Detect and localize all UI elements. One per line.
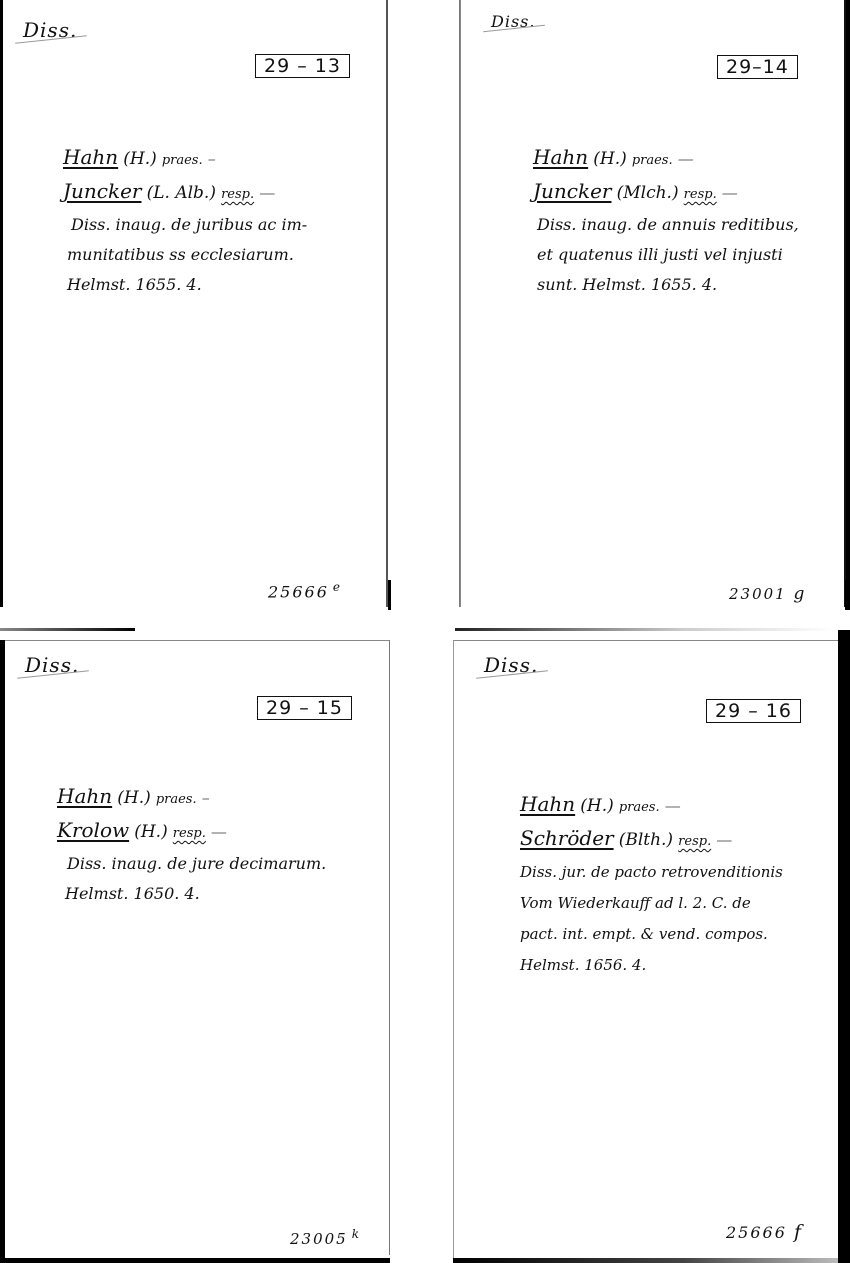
accession-suffix: f xyxy=(794,1221,803,1243)
respondens-line: Juncker (L. Alb.) resp. — xyxy=(63,176,307,210)
card-top-edge xyxy=(0,628,135,631)
respondens-initial: (L. Alb.) xyxy=(147,183,216,203)
call-number: 29 – 16 xyxy=(706,699,801,723)
praeses-role: praes. xyxy=(162,153,203,168)
title-line: Diss. jur. de pacto retrovenditionis xyxy=(520,857,783,888)
praeses-line: Hahn (H.) praes. — xyxy=(520,789,783,823)
catalog-card-3: Diss. 29 – 15 Hahn (H.) praes. – Krolow … xyxy=(5,640,390,1255)
card-heading: Diss. xyxy=(491,12,535,31)
respondens-role: resp. xyxy=(221,187,254,202)
respondens-name: Juncker xyxy=(63,179,142,203)
praeses-name: Hahn xyxy=(520,792,575,816)
respondens-name: Juncker xyxy=(533,179,612,203)
respondens-line: Krolow (H.) resp. — xyxy=(57,815,326,849)
accession-number: 25666e xyxy=(268,580,342,601)
accession-digits: 23001 xyxy=(729,585,787,603)
card-entry: Hahn (H.) praes. – Krolow (H.) resp. — D… xyxy=(57,781,326,909)
respondens-role: resp. xyxy=(684,187,717,202)
scanned-page: Diss. 29 – 13 Hahn (H.) praes. – Juncker… xyxy=(0,0,850,1263)
accession-digits: 25666 xyxy=(726,1223,787,1242)
praeses-role: praes. xyxy=(619,800,660,815)
title-line: munitatibus ss ecclesiarum. xyxy=(63,240,307,270)
scan-edge xyxy=(453,1258,838,1263)
accession-digits: 23005 xyxy=(290,1230,348,1248)
respondens-name: Schröder xyxy=(520,826,614,850)
respondens-role: resp. xyxy=(173,826,206,841)
card-entry: Hahn (H.) praes. – Juncker (L. Alb.) res… xyxy=(63,142,307,300)
title-line: Diss. inaug. de jure decimarum. xyxy=(57,849,326,879)
accession-suffix: k xyxy=(352,1227,361,1241)
card-heading: Diss. xyxy=(25,653,79,677)
praeses-line: Hahn (H.) praes. – xyxy=(63,142,307,176)
respondens-line: Schröder (Blth.) resp. — xyxy=(520,823,783,857)
card-separator xyxy=(845,580,849,610)
praeses-role: praes. xyxy=(632,153,673,168)
title-line: pact. int. empt. & vend. compos. xyxy=(520,919,783,950)
imprint-line: Helmst. 1650. 4. xyxy=(57,879,326,909)
praeses-initial: (H.) xyxy=(117,788,151,808)
praeses-role: praes. xyxy=(156,792,197,807)
respondens-role: resp. xyxy=(678,834,711,849)
accession-suffix: g xyxy=(794,584,807,604)
title-line: Diss. inaug. de juribus ac im- xyxy=(63,210,307,240)
praeses-initial: (H.) xyxy=(593,149,627,169)
praeses-initial: (H.) xyxy=(123,149,157,169)
scan-edge xyxy=(838,630,850,1263)
call-number: 29–14 xyxy=(717,55,798,79)
respondens-name: Krolow xyxy=(57,818,129,842)
card-top-edge xyxy=(455,628,835,631)
card-heading: Diss. xyxy=(484,653,538,677)
accession-number: 23005k xyxy=(290,1227,361,1248)
catalog-card-2: Diss. 29–14 Hahn (H.) praes. — Juncker (… xyxy=(460,0,847,607)
scan-edge xyxy=(846,0,850,610)
praeses-line: Hahn (H.) praes. — xyxy=(533,142,799,176)
accession-suffix: e xyxy=(333,580,342,594)
scan-edge xyxy=(0,1258,390,1263)
respondens-initial: (Mlch.) xyxy=(617,183,679,203)
card-separator xyxy=(388,580,391,610)
card-entry: Hahn (H.) praes. — Juncker (Mlch.) resp.… xyxy=(533,142,799,300)
accession-number: 23001 g xyxy=(729,584,806,604)
praeses-initial: (H.) xyxy=(580,796,614,816)
praeses-line: Hahn (H.) praes. – xyxy=(57,781,326,815)
accession-digits: 25666 xyxy=(268,582,329,601)
call-number: 29 – 15 xyxy=(257,696,352,720)
imprint-line: Helmst. 1655. 4. xyxy=(63,270,307,300)
title-line: Diss. inaug. de annuis reditibus, xyxy=(533,210,799,240)
card-separator xyxy=(459,0,460,607)
title-line: et quatenus illi justi vel injusti xyxy=(533,240,799,270)
title-line: Vom Wiederkauff ad l. 2. C. de xyxy=(520,888,783,919)
scan-edge xyxy=(0,0,3,607)
card-heading: Diss. xyxy=(23,18,77,42)
imprint-line: Helmst. 1656. 4. xyxy=(520,950,783,981)
praeses-name: Hahn xyxy=(63,145,118,169)
praeses-name: Hahn xyxy=(533,145,588,169)
praeses-name: Hahn xyxy=(57,784,112,808)
scan-edge xyxy=(0,640,5,1260)
respondens-line: Juncker (Mlch.) resp. — xyxy=(533,176,799,210)
catalog-card-4: Diss. 29 – 16 Hahn (H.) praes. — Schröde… xyxy=(453,640,838,1258)
card-entry: Hahn (H.) praes. — Schröder (Blth.) resp… xyxy=(520,789,783,981)
catalog-card-1: Diss. 29 – 13 Hahn (H.) praes. – Juncker… xyxy=(3,0,388,607)
imprint-line: sunt. Helmst. 1655. 4. xyxy=(533,270,799,300)
respondens-initial: (Blth.) xyxy=(619,830,673,850)
call-number: 29 – 13 xyxy=(255,54,350,78)
accession-number: 25666 f xyxy=(726,1221,803,1243)
respondens-initial: (H.) xyxy=(134,822,168,842)
